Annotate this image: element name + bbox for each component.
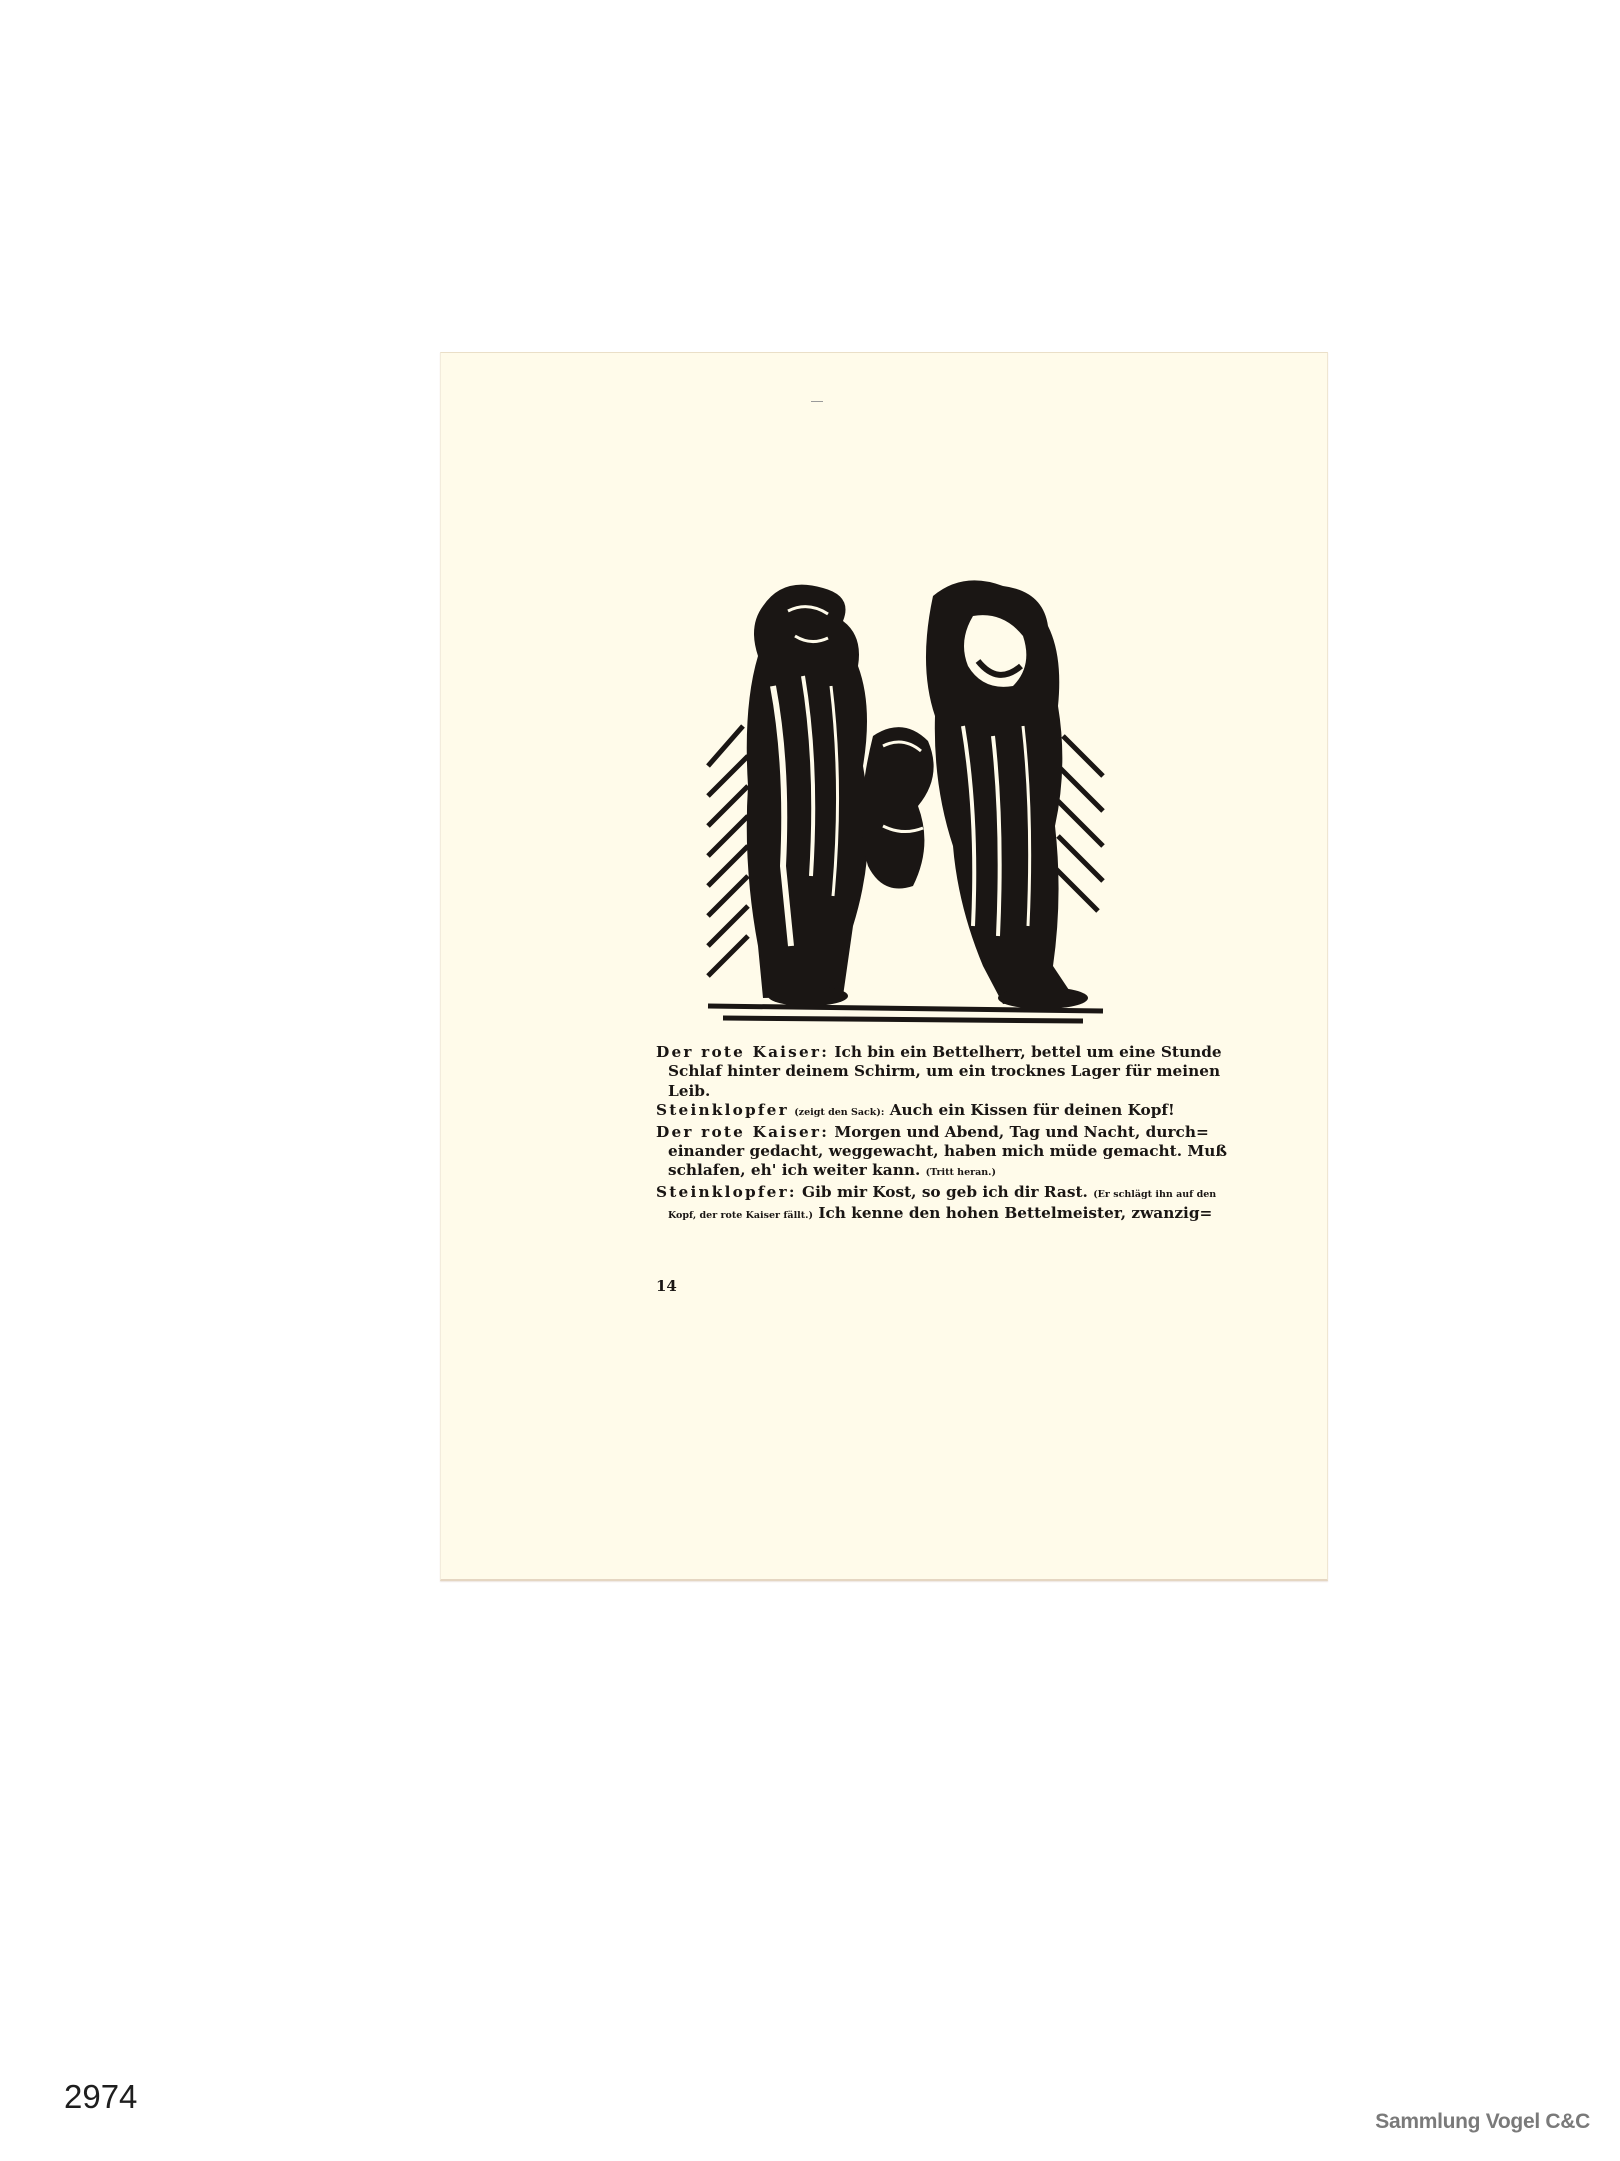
- dialogue-line: Der rote Kaiser: Morgen und Abend, Tag u…: [656, 1123, 1134, 1142]
- speaker-name: Steinklopfer:: [656, 1183, 797, 1201]
- dialogue-line: Steinklopfer (zeigt den Sack): Auch ein …: [656, 1101, 1134, 1122]
- dialogue-line: Schlaf hinter deinem Schirm, um ein troc…: [656, 1062, 1134, 1081]
- collection-label: Sammlung Vogel C&C: [1375, 2110, 1590, 2134]
- catalog-number: 2974: [64, 2078, 137, 2116]
- stage-direction: Kopf, der rote Kaiser fällt.): [668, 1210, 813, 1221]
- dialogue-line: Steinklopfer: Gib mir Kost, so geb ich d…: [656, 1183, 1134, 1204]
- stage-direction: (Er schlägt ihn auf den: [1093, 1189, 1216, 1200]
- stage-direction: (zeigt den Sack):: [794, 1107, 884, 1118]
- speaker-name: Der rote Kaiser:: [656, 1043, 829, 1061]
- dialogue-line: einander gedacht, weggewacht, haben mich…: [656, 1142, 1134, 1161]
- speaker-name: Der rote Kaiser:: [656, 1123, 829, 1141]
- page-number: 14: [656, 1277, 677, 1295]
- book-page: Der rote Kaiser: Ich bin ein Bettelherr,…: [440, 352, 1328, 1581]
- speaker-name: Steinklopfer: [656, 1101, 789, 1119]
- stage-direction: (Tritt heran.): [926, 1167, 996, 1178]
- dialogue-line: Kopf, der rote Kaiser fällt.) Ich kenne …: [656, 1204, 1134, 1225]
- page-mark: [811, 401, 823, 402]
- dialogue-line: Leib.: [656, 1082, 1134, 1101]
- dialogue-line: Der rote Kaiser: Ich bin ein Bettelherr,…: [656, 1043, 1134, 1062]
- dialogue-line: schlafen, eh' ich weiter kann. (Tritt he…: [656, 1161, 1134, 1182]
- dialogue-text: Der rote Kaiser: Ich bin ein Bettelherr,…: [656, 1043, 1134, 1226]
- woodcut-illustration: [703, 566, 1109, 1028]
